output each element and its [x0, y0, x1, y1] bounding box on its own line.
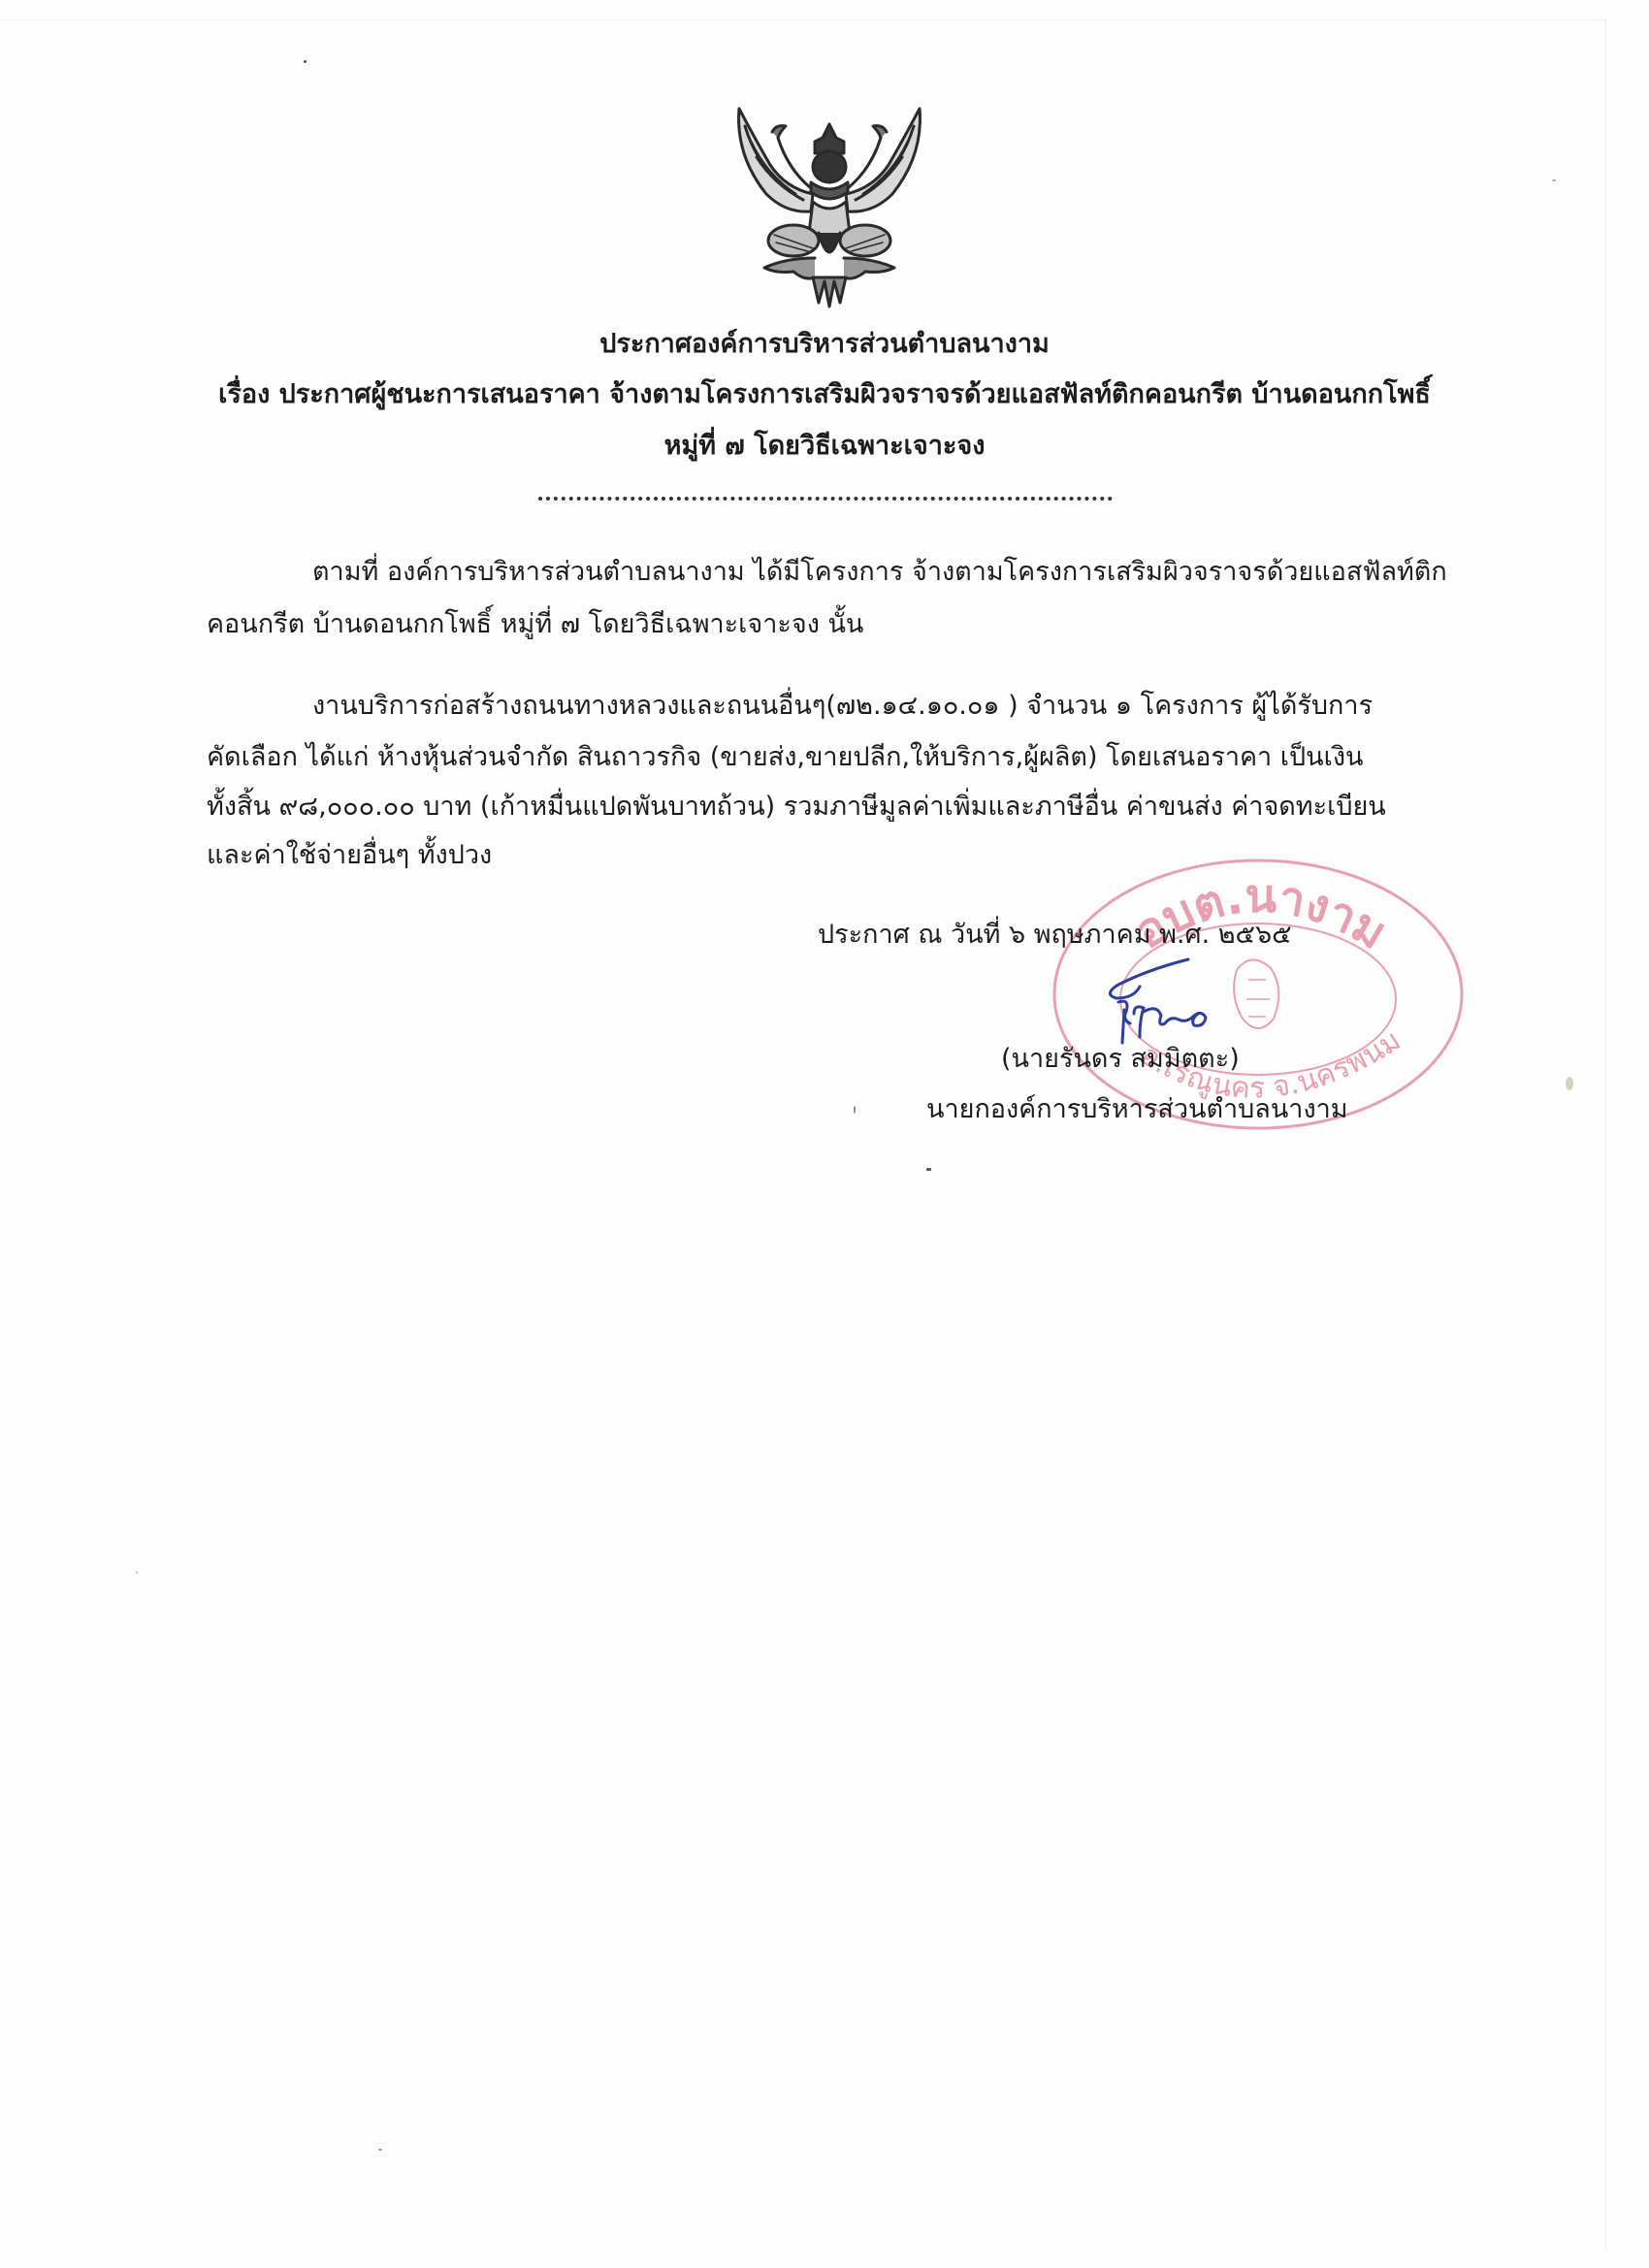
scan-speck [1552, 179, 1556, 181]
paragraph1-line1: ตามที่ องค์การบริหารส่วนตำบลนางาม ได้มีโ… [312, 556, 1447, 589]
scan-speck [136, 1571, 138, 1573]
announcement-subject-continued: หมู่ที่ ๗ โดยวิธีเฉพาะเจาะจง [0, 430, 1649, 463]
garuda-emblem-icon [718, 87, 941, 310]
signature-icon [1101, 956, 1217, 1053]
scan-speck [304, 60, 307, 63]
signer-name: (นายรันดร สมมิตตะ) [1001, 1043, 1240, 1076]
paragraph2-line4: และค่าใช้จ่ายอื่นๆ ทั้งปวง [207, 839, 492, 872]
document-page: ประกาศองค์การบริหารส่วนตำบลนางาม เรื่อง … [0, 0, 1649, 2268]
scan-speck [854, 1106, 856, 1114]
announcement-subject: เรื่อง ประกาศผู้ชนะการเสนอราคา จ้างตามโค… [0, 378, 1649, 411]
paragraph1-line2: คอนกรีต บ้านดอนกกโพธิ์ หมู่ที่ ๗ โดยวิธี… [207, 608, 863, 641]
announcement-date: ประกาศ ณ วันที่ ๖ พฤษภาคม พ.ศ. ๒๕๖๕ [818, 919, 1292, 952]
paragraph2-line3: ทั้งสิ้น ๙๘,๐๐๐.๐๐ บาท (เก้าหมื่นแปดพันบ… [207, 791, 1386, 824]
scan-speck [1566, 1077, 1573, 1090]
paragraph2-line2: คัดเลือก ได้แก่ ห้างหุ้นส่วนจำกัด สินถาว… [207, 741, 1363, 774]
scan-speck [926, 1168, 931, 1171]
scan-speck [378, 2149, 382, 2151]
signer-position: นายกองค์การบริหารส่วนตำบลนางาม [926, 1093, 1348, 1126]
announcement-title: ประกาศองค์การบริหารส่วนตำบลนางาม [0, 328, 1649, 361]
paragraph2-line1: งานบริการก่อสร้างถนนทางหลวงและถนนอื่นๆ(๗… [312, 690, 1373, 723]
page-edge-top [0, 19, 1606, 20]
separator-dotted-line [538, 497, 1113, 501]
